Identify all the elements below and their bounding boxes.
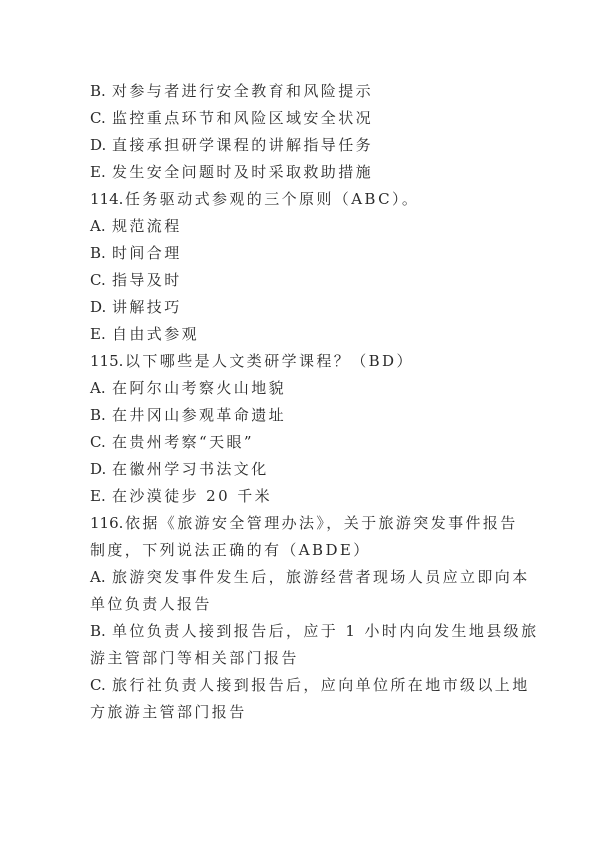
option-line: A.在阿尔山考察火山地貌 [90, 375, 520, 402]
option-letter: D. [90, 294, 112, 321]
option-text: 发生安全问题时及时采取救助措施 [112, 163, 373, 181]
option-line: E.在沙漠徒步 20 千米 [90, 483, 520, 510]
option-line: D.讲解技巧 [90, 294, 520, 321]
question-text: 依据《旅游安全管理办法》，关于旅游突发事件报告 [125, 514, 518, 532]
option-text: 直接承担研学课程的讲解指导任务 [112, 136, 373, 154]
option-line: C.监控重点环节和风险区域安全状况 [90, 105, 520, 132]
option-text: 单位负责人接到报告后，应于 1 小时内向发生地县级旅 [112, 622, 538, 640]
option-letter: C. [90, 267, 112, 294]
option-text: 在井冈山参观革命遗址 [112, 406, 286, 424]
option-text: 讲解技巧 [112, 298, 182, 316]
option-letter: B. [90, 78, 112, 105]
option-text: 游主管部门等相关部门报告 [90, 649, 299, 667]
option-letter: B. [90, 240, 112, 267]
option-text: 在贵州考察“天眼” [112, 433, 254, 451]
option-line: C.在贵州考察“天眼” [90, 429, 520, 456]
option-text: 指导及时 [112, 271, 182, 289]
option-line: D.直接承担研学课程的讲解指导任务 [90, 132, 520, 159]
option-line: A.规范流程 [90, 213, 520, 240]
option-text: 旅游突发事件发生后，旅游经营者现场人员应立即向本 [112, 568, 530, 586]
option-letter: C. [90, 429, 112, 456]
question-116-stem-continued: 制度，下列说法正确的有（ABDE） [90, 537, 520, 564]
option-letter: E. [90, 483, 112, 510]
option-text: 规范流程 [112, 217, 182, 235]
option-letter: B. [90, 618, 112, 645]
option-line-continued: 方旅游主管部门报告 [90, 699, 520, 726]
option-letter: D. [90, 132, 112, 159]
option-letter: A. [90, 213, 112, 240]
option-text: 在徽州学习书法文化 [112, 460, 269, 478]
option-line: C.指导及时 [90, 267, 520, 294]
question-114-stem: 114.任务驱动式参观的三个原则（ABC）。 [90, 186, 520, 213]
option-letter: C. [90, 672, 112, 699]
option-letter: A. [90, 375, 112, 402]
question-number: 114. [90, 186, 125, 213]
option-text: 单位负责人报告 [90, 595, 212, 613]
option-text: 监控重点环节和风险区域安全状况 [112, 109, 373, 127]
question-text: 以下哪些是人文类研学课程？（BD） [125, 352, 414, 370]
question-number: 116. [90, 510, 125, 537]
option-text: 自由式参观 [112, 325, 199, 343]
option-text: 在沙漠徒步 20 千米 [112, 487, 272, 505]
option-line: B.单位负责人接到报告后，应于 1 小时内向发生地县级旅 [90, 618, 520, 645]
option-text: 旅行社负责人接到报告后，应向单位所在地市级以上地 [112, 676, 530, 694]
question-115-stem: 115.以下哪些是人文类研学课程？（BD） [90, 348, 520, 375]
option-letter: D. [90, 456, 112, 483]
option-letter: A. [90, 564, 112, 591]
question-text: 任务驱动式参观的三个原则（ABC）。 [125, 190, 419, 208]
option-line: C.旅行社负责人接到报告后，应向单位所在地市级以上地 [90, 672, 520, 699]
option-line: E.发生安全问题时及时采取救助措施 [90, 159, 520, 186]
question-text: 制度，下列说法正确的有（ABDE） [90, 541, 371, 559]
option-letter: E. [90, 159, 112, 186]
option-text: 在阿尔山考察火山地貌 [112, 379, 286, 397]
option-line: D.在徽州学习书法文化 [90, 456, 520, 483]
option-line: A.旅游突发事件发生后，旅游经营者现场人员应立即向本 [90, 564, 520, 591]
option-text: 对参与者进行安全教育和风险提示 [112, 82, 373, 100]
question-116-stem: 116.依据《旅游安全管理办法》，关于旅游突发事件报告 [90, 510, 520, 537]
option-text: 时间合理 [112, 244, 182, 262]
option-text: 方旅游主管部门报告 [90, 703, 247, 721]
option-letter: E. [90, 321, 112, 348]
option-letter: C. [90, 105, 112, 132]
option-line: B.在井冈山参观革命遗址 [90, 402, 520, 429]
option-line-continued: 游主管部门等相关部门报告 [90, 645, 520, 672]
option-line-continued: 单位负责人报告 [90, 591, 520, 618]
question-number: 115. [90, 348, 125, 375]
option-line: E.自由式参观 [90, 321, 520, 348]
document-page: B.对参与者进行安全教育和风险提示 C.监控重点环节和风险区域安全状况 D.直接… [90, 78, 520, 726]
option-line: B.时间合理 [90, 240, 520, 267]
option-letter: B. [90, 402, 112, 429]
option-line: B.对参与者进行安全教育和风险提示 [90, 78, 520, 105]
